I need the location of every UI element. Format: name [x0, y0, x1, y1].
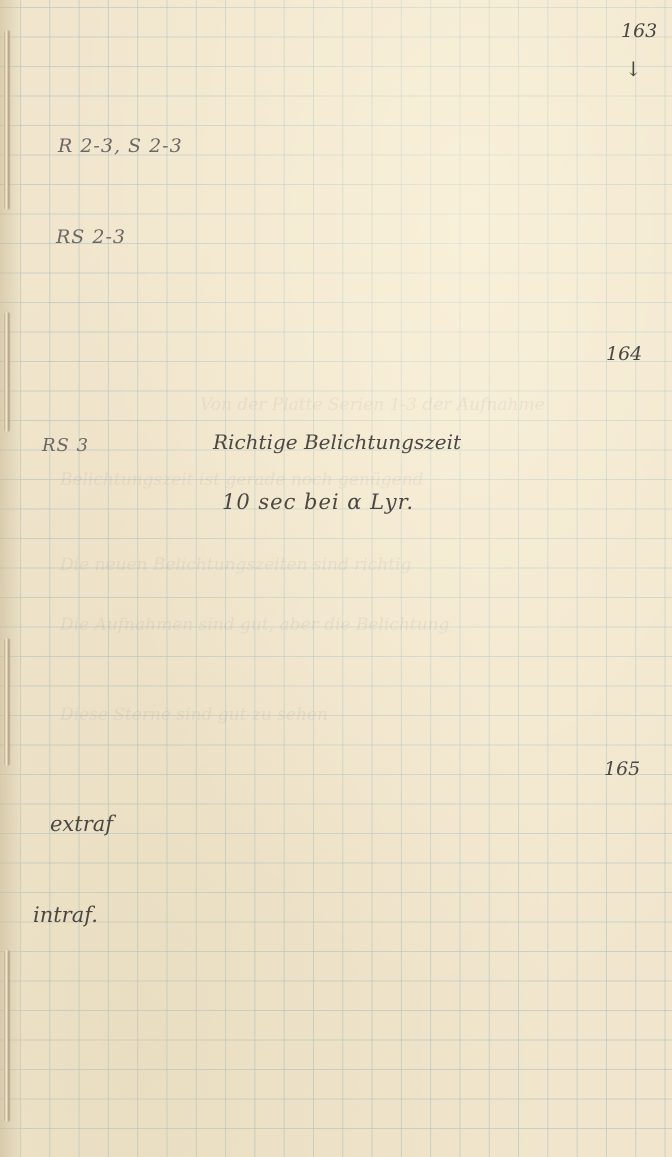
show-through-text: Die Aufnahmen sind gut, aber die Belicht… [60, 615, 449, 635]
binding-staple [4, 312, 9, 432]
entry-rs-3: RS 3 [42, 435, 89, 456]
page-number-165: 165 [604, 758, 640, 780]
entry-extraf: extraf [50, 812, 113, 836]
show-through-text: Diese Sterne sind gut zu sehen [60, 705, 328, 725]
entry-r-s-2-3: R 2-3, S 2-3 [58, 135, 183, 157]
binding-staple [4, 638, 9, 766]
show-through-text: Belichtungszeit ist gerade noch genügend [60, 470, 424, 490]
entry-intraf: intraf. [33, 903, 98, 927]
note-10-sec-alpha-lyr: 10 sec bei α Lyr. [222, 490, 414, 514]
binding-staple [4, 950, 9, 1122]
entry-rs-2-3: RS 2-3 [56, 226, 126, 248]
binding-staple [4, 30, 9, 210]
show-through-text: Von der Platte Serien 1-3 der Aufnahme [200, 395, 545, 415]
page-number-163: 163 [621, 20, 657, 42]
note-exposure-time: Richtige Belichtungszeit [213, 430, 461, 454]
page-number-164: 164 [606, 343, 642, 365]
down-arrow-icon: ↓ [625, 57, 643, 81]
show-through-text: Die neuen Belichtungszeiten sind richtig [60, 555, 411, 575]
graph-paper-page: Von der Platte Serien 1-3 der Aufnahme B… [0, 0, 672, 1157]
